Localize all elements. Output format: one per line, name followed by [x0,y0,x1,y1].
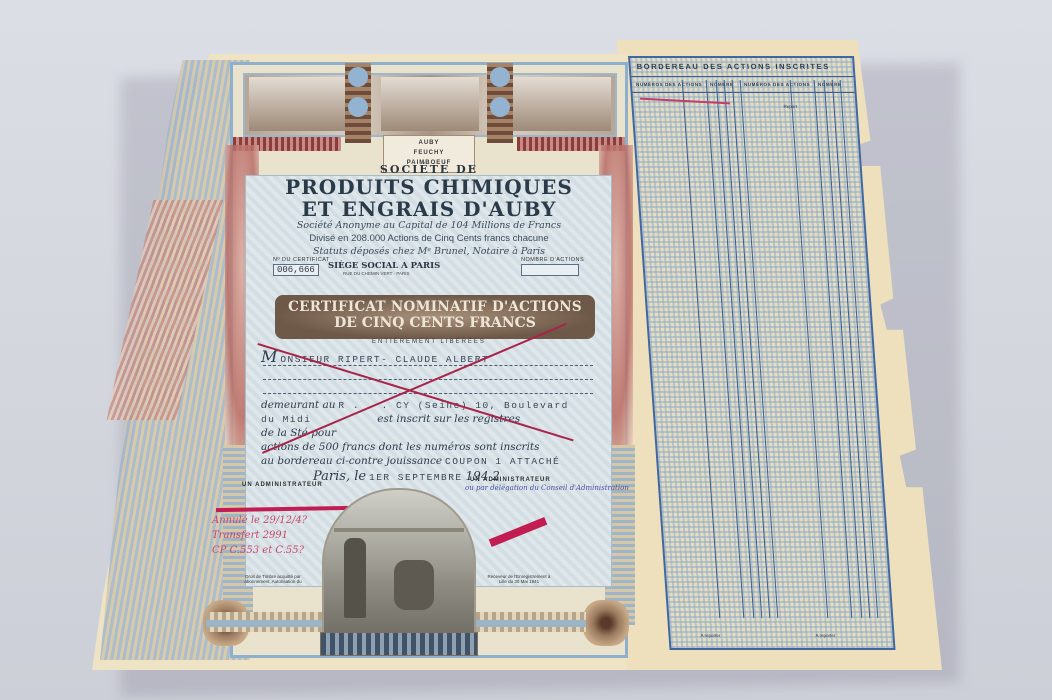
registered-line: du Midi est inscrit sur les registres [261,413,601,425]
footer-guilloche-left [206,620,322,627]
city-name: AUBY [384,138,474,148]
date-typed: 1ER SEPTEMBRE [369,472,463,483]
divider [631,76,853,77]
stamp-duty-note: Droit de Timbre acquitté par abonnement,… [238,574,308,584]
bordereau-text: au bordereau ci-contre jouissance [261,455,442,467]
divider [633,92,855,93]
column-header: NUMÉROS DES ACTIONS [744,82,811,87]
administrator-label-left: UN ADMINISTRATEUR [242,482,323,488]
footer-guilloche-right [476,620,586,627]
bordereau-grid: BORDEREAU DES ACTIONS INSCRITES NUMÉROS … [628,56,896,650]
dotted-line [263,393,593,394]
annotation-line2: Transfert 2991 [212,530,288,541]
bordereau-line: au bordereau ci-contre jouissance COUPON… [261,455,601,467]
column-rule [716,80,755,618]
ornamental-pillar [487,63,513,143]
certificate-number: 006,666 [273,264,319,276]
coupon-typed: COUPON 1 ATTACHÉ [445,456,560,467]
dotted-line [263,379,593,380]
ornamental-pillar [345,63,371,143]
residence-label: demeurant au [261,399,336,411]
company-name-line2: ET ENGRAIS D'AUBY [233,197,625,221]
administrator-label-right: UN ADMINISTRATEUR [470,477,551,483]
dotted-line [263,365,593,366]
harvest-etching [322,488,476,642]
registration-note: Receveur de l'Enregistrement à Lille du … [484,574,554,584]
annotation-line3: CP C.553 et C.55? [212,545,304,556]
residence-line: demeurant au R . . . CY (Seine) 10, Boul… [261,399,601,411]
shares-text-line: actions de 500 francs dont les numéros s… [261,441,601,453]
report-label: Report [783,104,797,109]
column-rule [790,80,829,618]
factory-vignette-right [507,77,611,131]
bordereau-title: BORDEREAU DES ACTIONS INSCRITES [636,62,830,71]
registered-office-address: RUE DU CHEMIN VERT · PARIS [343,271,410,276]
shares-line: Divisé en 208.000 Actions de Cinq Cents … [233,233,625,244]
column-rule [814,80,853,618]
column-rule [740,80,779,618]
shares-count-box [521,264,579,276]
factory-vignette-center [381,77,479,131]
registered-office: SIÈGE SOCIAL A PARIS [328,261,440,271]
shares-text: actions de 500 francs dont les numéros s… [261,441,540,453]
holder-line: M ONSIEUR RIPERT- CLAUDE ALBERT [261,347,601,366]
factory-vignette-left [249,77,353,131]
banner-line2: DE CINQ CENTS FRANCS [275,315,595,331]
column-rule [724,80,763,618]
annotation-line1: Annulé le 29/12/4? [212,515,307,526]
column-rule [824,80,863,618]
column-header: NUMÉROS DES ACTIONS [636,82,703,87]
banner-subtitle: ENTIÈREMENT LIBÉRÉES [233,339,625,345]
residence-continued: du Midi [261,414,311,425]
banner-line1: CERTIFICAT NOMINATIF D'ACTIONS [275,299,595,315]
column-header: NOMBRE [710,82,734,87]
certificate-number-label: Nº DU CERTIFICAT [273,257,330,263]
column-rule [706,80,745,618]
capital-line: Société Anonyme au Capital de 104 Millio… [233,220,625,231]
city-name: FEUCHY [384,148,474,158]
a-reporter-left: A reporter [700,633,720,638]
corner-rosette-right [583,600,629,646]
delegation-stamp: ou par délégation du Conseil d'Administr… [465,484,629,492]
etching-pedestal [320,632,478,656]
statutes-line: Statuts déposés chez Mᵉ Brunel, Notaire … [233,246,625,257]
company-name-line1: PRODUITS CHIMIQUES [233,175,625,199]
shares-count-label: NOMBRE D'ACTIONS [521,257,584,263]
column-rule [682,80,721,618]
factory-vignette-band [243,73,617,137]
registered-text: est inscrit sur les registres [377,413,520,425]
a-reporter-right: A reporter [815,633,835,638]
column-header: NOMBRE [818,82,842,87]
